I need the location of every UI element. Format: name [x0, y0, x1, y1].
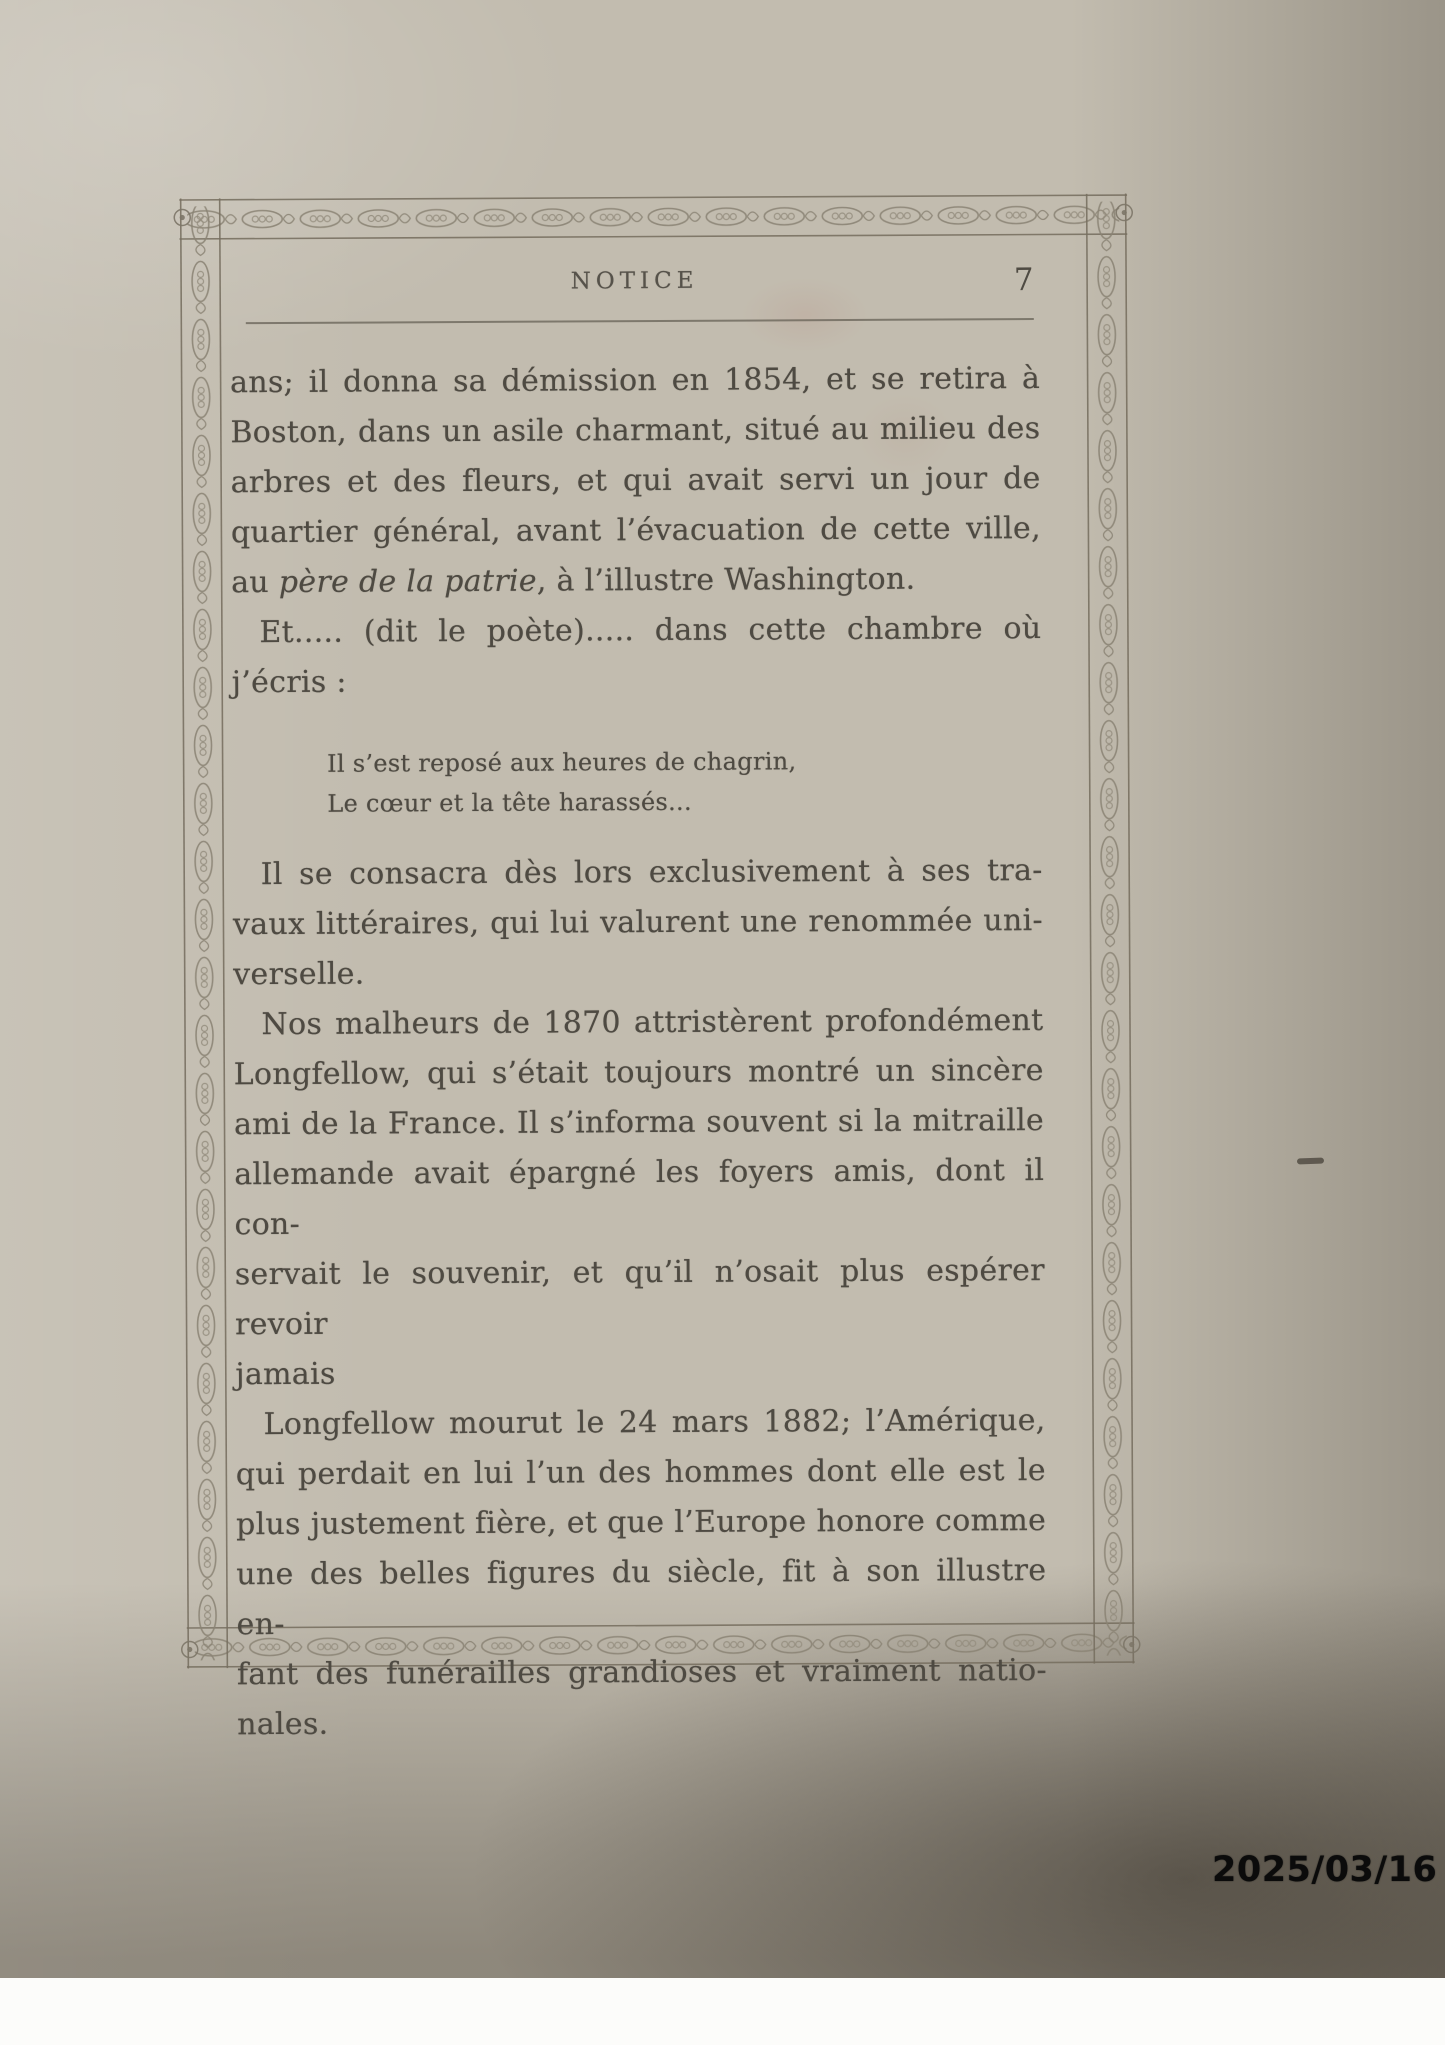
- text-line: vaux littéraires, qui lui valurent une r…: [233, 896, 1043, 950]
- running-title: NOTICE: [230, 266, 1040, 296]
- frame-corner-rosette: [171, 206, 193, 228]
- scan-background-strip: [0, 1978, 1445, 2045]
- text-line: plus justement fière, et que l’Europe ho…: [236, 1496, 1046, 1550]
- text-line: une des belles figures du siècle, fit à …: [236, 1546, 1047, 1650]
- frame-ornament-left: [179, 198, 229, 1668]
- text-line: allemande avait épargné les foyers amis,…: [234, 1146, 1045, 1250]
- page-header: NOTICE 7: [230, 266, 1040, 310]
- text-line: servait le souvenir, et qu’il n’osait pl…: [235, 1246, 1046, 1350]
- text-line: Nos malheurs de 1870 attristèrent profon…: [233, 996, 1043, 1050]
- paragraph: Longfellow mourut le 24 mars 1882; l’Amé…: [235, 1396, 1047, 1750]
- text-line: jamais: [235, 1346, 1045, 1400]
- verse-line: Il s’est reposé aux heures de chagrin,: [327, 740, 1042, 784]
- text-line: Longfellow mourut le 24 mars 1882; l’Amé…: [235, 1396, 1045, 1450]
- camera-date-stamp: 2025/03/16: [1212, 1850, 1437, 1890]
- decorative-frame: NOTICE 7 ans; il donna sa démission en 1…: [179, 194, 1135, 1669]
- verse-line: Le cœur et la tête harassés...: [327, 780, 1042, 824]
- italic-phrase: père de la patrie: [279, 564, 537, 600]
- text-run: au: [231, 565, 279, 600]
- frame-ornament-right: [1085, 194, 1135, 1664]
- body-text: ans; il donna sa démission en 1854, et s…: [230, 354, 1047, 1750]
- frame-ornament-top: [179, 194, 1127, 241]
- paragraph: Et..... (dit le poète)..... dans cette c…: [231, 604, 1042, 708]
- text-line: verselle.: [233, 946, 1043, 1000]
- frame-corner-rosette: [179, 1638, 201, 1660]
- frame-corner-rosette: [1113, 202, 1135, 224]
- text-line: ans; il donna sa démission en 1854, et s…: [230, 354, 1040, 408]
- frame-corner-rosette: [1121, 1633, 1143, 1655]
- paragraph: Il se consacra dès lors exclusivement à …: [233, 846, 1044, 1000]
- text-line: Boston, dans un asile charmant, situé au…: [230, 404, 1040, 458]
- text-line: ami de la France. Il s’informa souvent s…: [234, 1096, 1044, 1150]
- text-line: arbres et des fleurs, et qui avait servi…: [231, 454, 1041, 508]
- text-line: fant des funérailles grandioses et vraim…: [237, 1646, 1047, 1700]
- text-line: quartier général, avant l’évacuation de …: [231, 504, 1041, 558]
- printed-sheet: NOTICE 7 ans; il donna sa démission en 1…: [0, 0, 1445, 1981]
- book-page-photo: NOTICE 7 ans; il donna sa démission en 1…: [0, 0, 1445, 2045]
- page-number: 7: [1014, 262, 1034, 298]
- text-line: qui perdait en lui l’un des hommes dont …: [236, 1446, 1046, 1500]
- text-line: au père de la patrie, à l’illustre Washi…: [231, 554, 1041, 608]
- paragraph: ans; il donna sa démission en 1854, et s…: [230, 354, 1041, 608]
- text-run: , à l’illustre Washington.: [537, 562, 916, 599]
- text-line: Et..... (dit le poète)..... dans cette c…: [231, 604, 1041, 658]
- text-line: Longfellow, qui s’était toujours montré …: [234, 1046, 1044, 1100]
- text-line: nales.: [237, 1696, 1047, 1750]
- text-line: Il se consacra dès lors exclusivement à …: [233, 846, 1043, 900]
- text-line: j’écris :: [232, 654, 1042, 708]
- paragraph: Nos malheurs de 1870 attristèrent profon…: [233, 996, 1045, 1400]
- verse-quote: Il s’est reposé aux heures de chagrin, L…: [232, 740, 1042, 824]
- header-rule: [246, 318, 1034, 324]
- paper-background: NOTICE 7 ans; il donna sa démission en 1…: [0, 0, 1445, 1978]
